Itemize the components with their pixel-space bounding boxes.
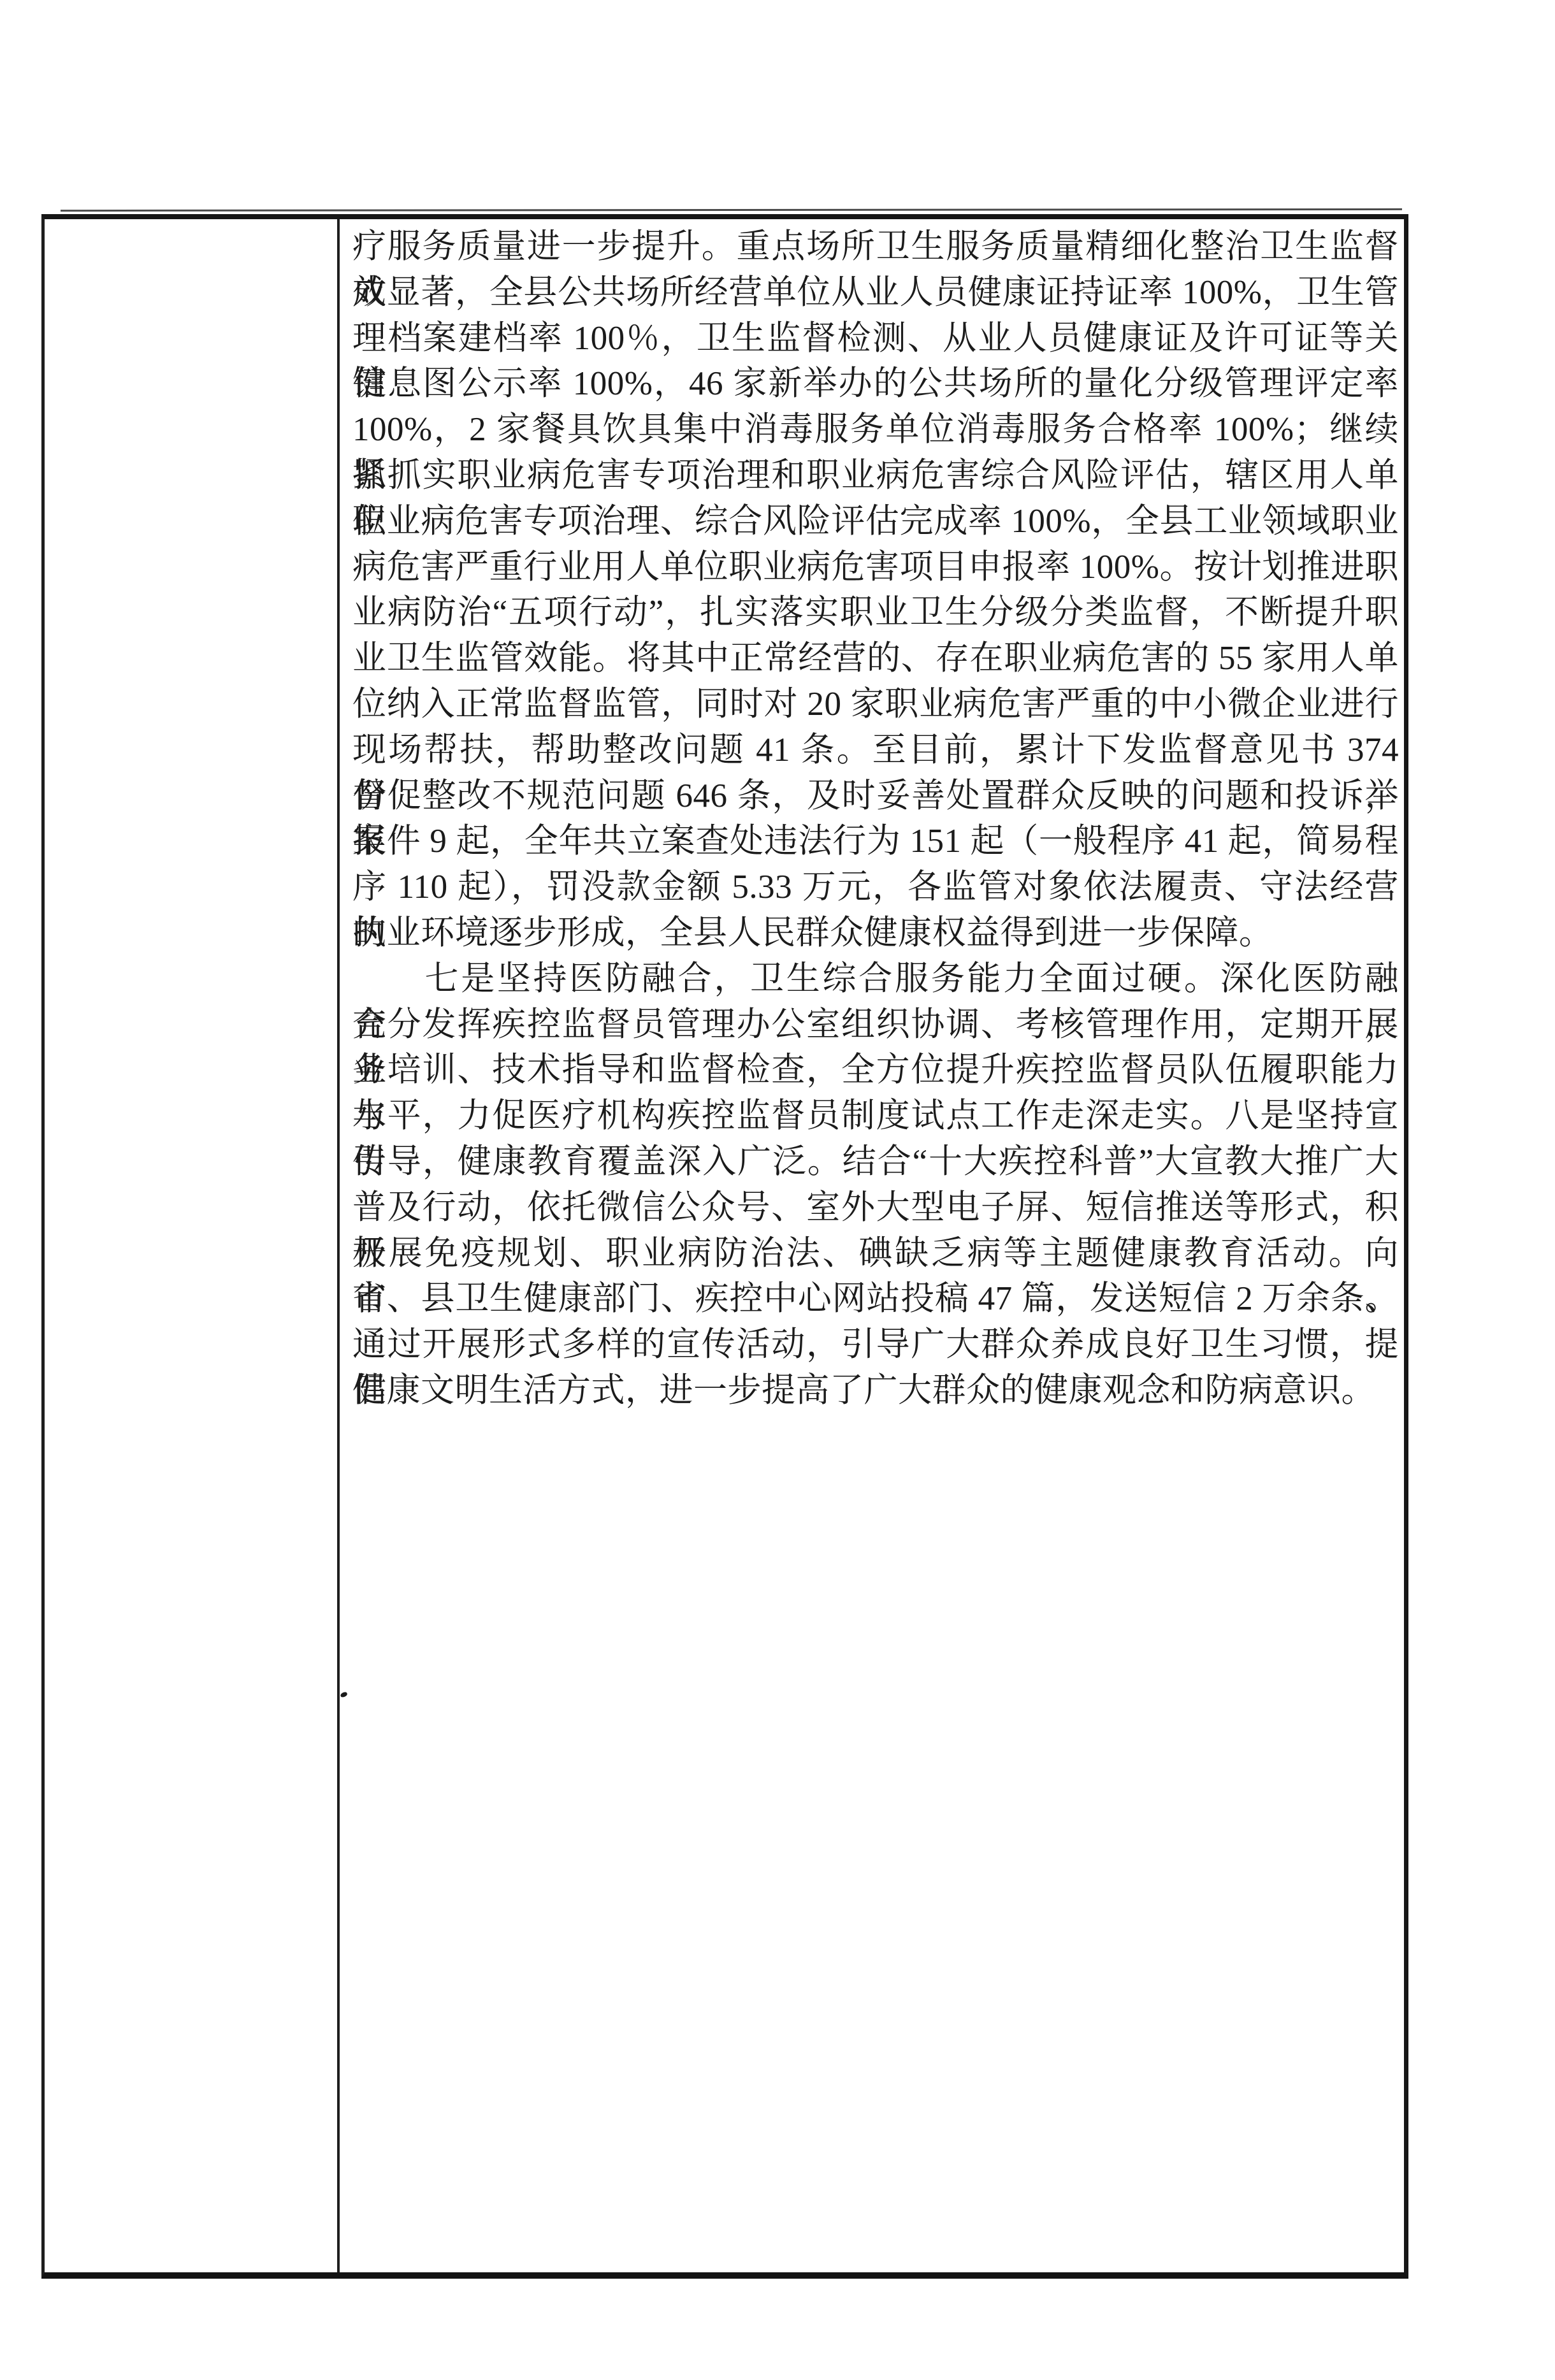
text-line: 执业环境逐步形成，全县人民群众健康权益得到进一步保障。 [352,911,1399,956]
text-line: 100%，2 家餐具饮具集中消毒服务单位消毒服务合格率 100%；继续抓 [352,407,1399,453]
text-line: 开展免疫规划、职业病防治法、碘缺乏病等主题健康教育活动。向省、 [352,1231,1399,1277]
text-line: 效显著，全县公共场所经营单位从业人员健康证持证率 100%，卫生管 [352,270,1399,316]
text-line: 位纳入正常监督监管，同时对 20 家职业病危害严重的中小微企业进行 [352,682,1399,728]
text-line: 引导，健康教育覆盖深入广泛。结合“十大疾控科普”大宣教大推广大 [352,1139,1399,1185]
text-line: 市、县卫生健康部门、疾控中心网站投稿 47 篇，发送短信 2 万余条。 [352,1276,1399,1322]
text-line: 通过开展形式多样的宣传活动，引导广大群众养成良好卫生习惯，提倡 [352,1322,1399,1368]
text-line: 充分发挥疾控监督员管理办公室组织协调、考核管理作用，定期开展业 [352,1002,1399,1048]
text-line: 疗服务质量进一步提升。重点场所卫生服务质量精细化整治卫生监督成 [352,224,1399,270]
text-line: 普及行动，依托微信公众号、室外大型电子屏、短信推送等形式，积极 [352,1185,1399,1231]
report-text-column: 疗服务质量进一步提升。重点场所卫生服务质量精细化整治卫生监督成效显著，全县公共场… [352,224,1399,1414]
table-column-divider [337,219,340,2272]
table-left-column [45,219,337,2272]
text-line: 信息图公示率 100%，46 家新举办的公共场所的量化分级管理评定率 [352,361,1399,407]
text-line: 紧抓实职业病危害专项治理和职业病危害综合风险评估，辖区用人单位 [352,453,1399,499]
scan-artifact-line [61,208,1402,212]
text-line: 病危害严重行业用人单位职业病危害项目申报率 100%。按计划推进职 [352,545,1399,591]
text-line: 职业病危害专项治理、综合风险评估完成率 100%，全县工业领域职业 [352,499,1399,545]
text-line: 理档案建档率 100％，卫生监督检测、从业人员健康证及许可证等关键 [352,316,1399,362]
text-line: 健康文明生活方式，进一步提高了广大群众的健康观念和防病意识。 [352,1368,1399,1414]
text-line: 水平，力促医疗机构疾控监督员制度试点工作走深走实。八是坚持宣传 [352,1093,1399,1139]
text-line: 现场帮扶，帮助整改问题 41 条。至目前，累计下发监督意见书 374 份， [352,728,1399,774]
text-line: 督促整改不规范问题 646 条，及时妥善处置群众反映的问题和投诉举报 [352,774,1399,819]
scanned-report-page: { "page": { "background": "#ffffff", "in… [0,0,1555,2380]
text-line: 七是坚持医防融合，卫生综合服务能力全面过硬。深化医防融合， [352,956,1399,1002]
text-line: 案件 9 起，全年共立案查处违法行为 151 起（一般程序 41 起，简易程 [352,819,1399,865]
text-line: 序 110 起），罚没款金额 5.33 万元，各监管对象依法履责、守法经营的 [352,865,1399,911]
text-line: 务培训、技术指导和监督检查，全方位提升疾控监督员队伍履职能力与 [352,1048,1399,1093]
text-line: 业病防治“五项行动”，扎实落实职业卫生分级分类监督，不断提升职 [352,590,1399,636]
text-line: 业卫生监管效能。将其中正常经营的、存在职业病危害的 55 家用人单 [352,636,1399,682]
